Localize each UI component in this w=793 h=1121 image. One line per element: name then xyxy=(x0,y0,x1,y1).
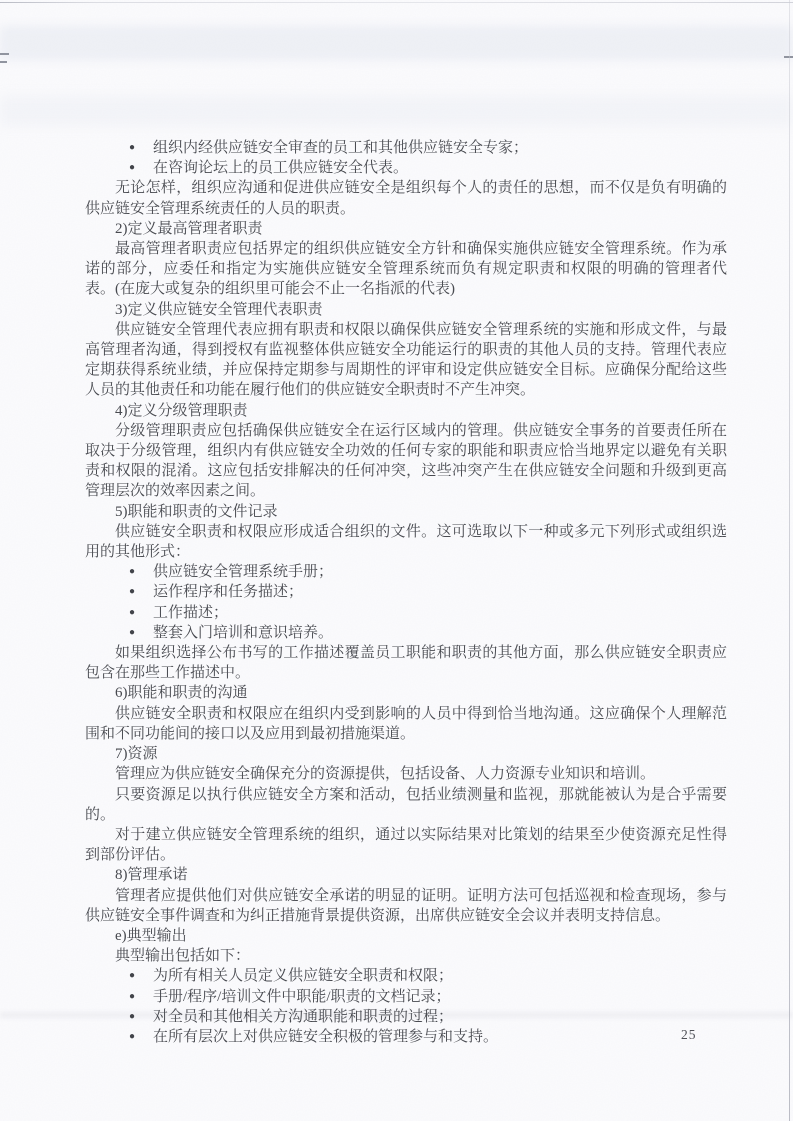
paragraph: 供应链安全职责和权限应在组织内受到影响的人员中得到恰当地沟通。这应确保个人理解范… xyxy=(85,704,727,744)
bullet-item: ●供应链安全管理系统手册； xyxy=(85,562,727,582)
bullet-icon: ● xyxy=(129,1027,135,1047)
section-heading: 7)资源 xyxy=(85,744,727,764)
bullet-text: 在咨询论坛上的员工供应链安全代表。 xyxy=(153,160,408,176)
paragraph: 最高管理者职责应包括界定的组织供应链安全方针和确保实施供应链安全管理系统。作为承… xyxy=(85,239,727,300)
bullet-text: 手册/程序/培训文件中职能/职责的文档记录； xyxy=(153,989,451,1005)
scan-edge-line xyxy=(789,0,790,1121)
bullet-icon: ● xyxy=(129,966,135,986)
scan-shadow-band xyxy=(0,96,793,126)
bullet-icon: ● xyxy=(129,1007,135,1027)
bullet-icon: ● xyxy=(129,158,135,178)
bullet-text: 整套入门培训和意识培养。 xyxy=(153,625,333,641)
bullet-item: ●整套入门培训和意识培养。 xyxy=(85,623,727,643)
paragraph: 供应链安全职责和权限应形成适合组织的文件。这可选取以下一种或多元下列形式或组织选… xyxy=(85,522,727,562)
scan-edge-line xyxy=(0,2,793,3)
bullet-text: 供应链安全管理系统手册； xyxy=(153,564,333,580)
bullet-text: 运作程序和任务描述； xyxy=(153,584,303,600)
section-heading: 4)定义分级管理职责 xyxy=(85,401,727,421)
bullet-item: ●对全员和其他相关方沟通职能和职责的过程； xyxy=(85,1007,727,1027)
paragraph: 管理应为供应链安全确保充分的资源提供，包括设备、人力资源专业知识和培训。 xyxy=(85,764,727,784)
bullet-text: 对全员和其他相关方沟通职能和职责的过程； xyxy=(153,1009,453,1025)
bullet-icon: ● xyxy=(129,987,135,1007)
bullet-text: 组织内经供应链安全审查的员工和其他供应链安全专家； xyxy=(153,140,528,156)
section-heading: 2)定义最高管理者职责 xyxy=(85,219,727,239)
paragraph: 分级管理职责应包括确保供应链安全在运行区域内的管理。供应链安全事务的首要责任所在… xyxy=(85,421,727,502)
bullet-item: ●为所有相关人员定义供应链安全职责和权限； xyxy=(85,966,727,986)
bullet-item: ●运作程序和任务描述； xyxy=(85,582,727,602)
bullet-icon: ● xyxy=(129,582,135,602)
bullet-text: 为所有相关人员定义供应链安全职责和权限； xyxy=(153,968,453,984)
bullet-text: 工作描述； xyxy=(153,605,228,621)
bullet-item: ●在所有层次上对供应链安全积极的管理参与和支持。 xyxy=(85,1027,727,1047)
page-number: 25 xyxy=(681,1027,697,1043)
paragraph: 对于建立供应链安全管理系统的组织，通过以实际结果对比策划的结果至少使资源充足性得… xyxy=(85,825,727,865)
bullet-item: ●在咨询论坛上的员工供应链安全代表。 xyxy=(85,158,727,178)
document-body: ●组织内经供应链安全审查的员工和其他供应链安全专家；●在咨询论坛上的员工供应链安… xyxy=(85,138,727,1047)
bullet-item: ●工作描述； xyxy=(85,603,727,623)
bullet-icon: ● xyxy=(129,623,135,643)
bullet-icon: ● xyxy=(129,138,135,158)
bullet-text: 在所有层次上对供应链安全积极的管理参与和支持。 xyxy=(153,1029,498,1045)
bullet-item: ●手册/程序/培训文件中职能/职责的文档记录； xyxy=(85,987,727,1007)
bullet-icon: ● xyxy=(129,603,135,623)
bullet-icon: ● xyxy=(129,562,135,582)
binding-mark xyxy=(0,61,7,63)
bullet-item: ●组织内经供应链安全审查的员工和其他供应链安全专家； xyxy=(85,138,727,158)
binding-mark xyxy=(0,53,9,55)
paragraph: 如果组织选择公布书写的工作描述覆盖员工职能和职责的其他方面，那么供应链安全职责应… xyxy=(85,643,727,683)
paragraph: 管理者应提供他们对供应链安全承诺的明显的证明。证明方法可包括巡视和检查现场，参与… xyxy=(85,886,727,926)
section-heading: 3)定义供应链安全管理代表职责 xyxy=(85,300,727,320)
paragraph: 供应链安全管理代表应拥有职责和权限以确保供应链安全管理系统的实施和形成文件，与最… xyxy=(85,320,727,401)
paragraph: 只要资源足以执行供应链安全方案和活动，包括业绩测量和监视，那就能被认为是合乎需要… xyxy=(85,785,727,825)
paragraph: 无论怎样，组织应沟通和促进供应链安全是组织每个人的责任的思想，而不仅是负有明确的… xyxy=(85,178,727,218)
section-heading: 8)管理承诺 xyxy=(85,865,727,885)
section-heading: e)典型输出 xyxy=(85,926,727,946)
section-heading: 6)职能和职责的沟通 xyxy=(85,683,727,703)
paragraph: 典型输出包括如下： xyxy=(85,946,727,966)
section-heading: 5)职能和职责的文件记录 xyxy=(85,502,727,522)
scan-shadow-band xyxy=(0,26,793,60)
